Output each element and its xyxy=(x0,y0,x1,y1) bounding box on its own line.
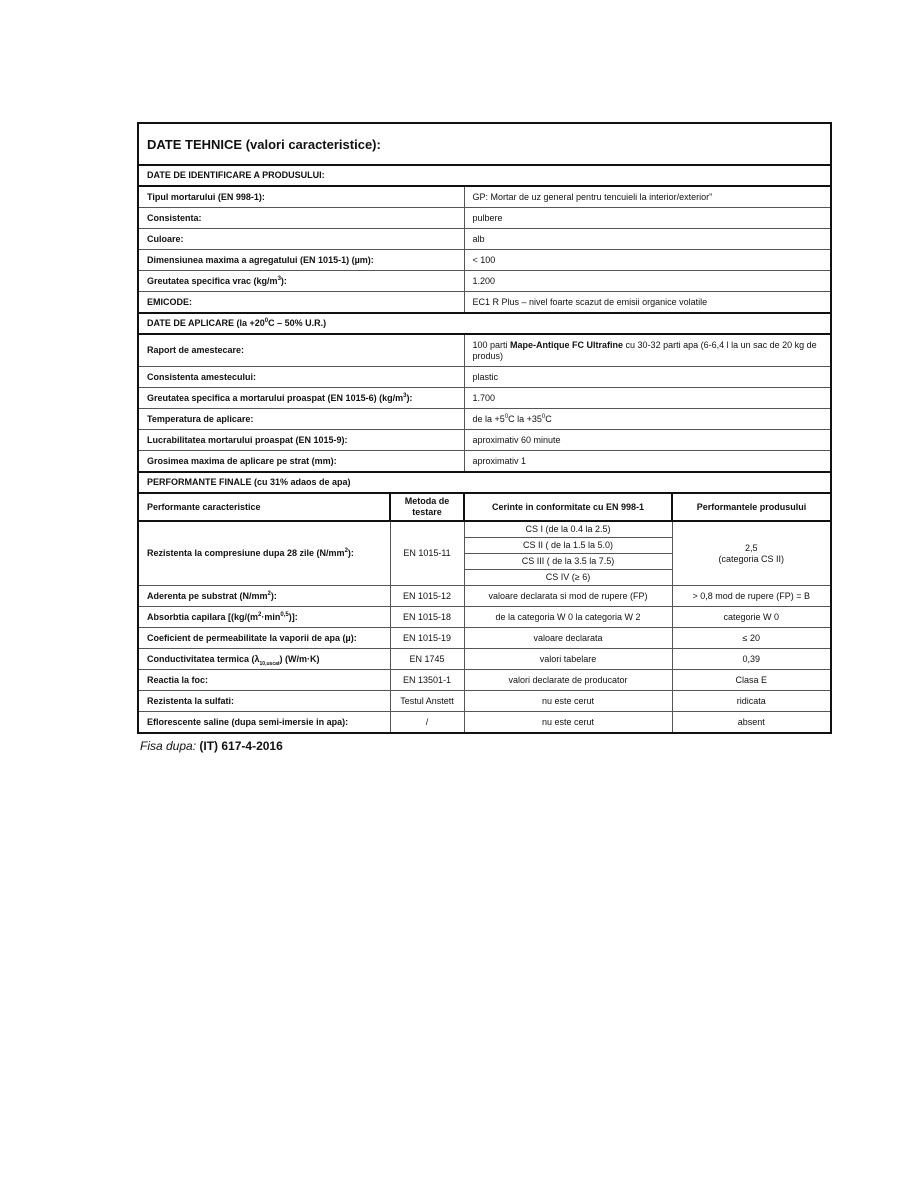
row-label: Grosimea maxima de aplicare pe strat (mm… xyxy=(138,451,464,473)
row-value: < 100 xyxy=(464,250,831,271)
row-method: EN 1015-12 xyxy=(390,586,464,607)
row-result: ridicata xyxy=(672,691,831,712)
row-label: Dimensiunea maxima a agregatului (EN 101… xyxy=(138,250,464,271)
table-row: Aderenta pe substrat (N/mm2): EN 1015-12… xyxy=(138,586,831,607)
section-header-identification: DATE DE IDENTIFICARE A PRODUSULUI: xyxy=(138,165,831,186)
footnote-prefix: Fisa dupa: xyxy=(140,739,196,753)
row-label: Rezistenta la sulfati: xyxy=(138,691,390,712)
row-label: Reactia la foc: xyxy=(138,670,390,691)
row-label: Absorbtia capilara [(kg/(m2·min0,5)]: xyxy=(138,607,390,628)
row-value: EC1 R Plus – nivel foarte scazut de emis… xyxy=(464,292,831,314)
table-row: Reactia la foc: EN 13501-1 valori declar… xyxy=(138,670,831,691)
row-result: categorie W 0 xyxy=(672,607,831,628)
row-method: EN 1015-18 xyxy=(390,607,464,628)
column-header: Performante caracteristice xyxy=(138,493,390,521)
table-row: Rezistenta la compresiune dupa 28 zile (… xyxy=(138,521,831,538)
performance-column-headers: Performante caracteristice Metoda de tes… xyxy=(138,493,831,521)
row-method: / xyxy=(390,712,464,734)
section-header-performance: PERFORMANTE FINALE (cu 31% adaos de apa) xyxy=(138,472,831,493)
row-requirement: valori tabelare xyxy=(464,649,672,670)
row-value: de la +50C la +350C xyxy=(464,409,831,430)
row-value: GP: Mortar de uz general pentru tencuiel… xyxy=(464,186,831,208)
source-footnote: Fisa dupa: (IT) 617-4-2016 xyxy=(140,739,283,753)
table-row: Greutatea specifica a mortarului proaspa… xyxy=(138,388,831,409)
table-row: Absorbtia capilara [(kg/(m2·min0,5)]: EN… xyxy=(138,607,831,628)
row-method: EN 1015-11 xyxy=(390,521,464,586)
row-label: Aderenta pe substrat (N/mm2): xyxy=(138,586,390,607)
table-row: Consistenta: pulbere xyxy=(138,208,831,229)
table-row: Greutatea specifica vrac (kg/m3): 1.200 xyxy=(138,271,831,292)
row-value: 100 parti Mape-Antique FC Ultrafine cu 3… xyxy=(464,334,831,367)
row-label: Raport de amestecare: xyxy=(138,334,464,367)
row-label: Rezistenta la compresiune dupa 28 zile (… xyxy=(138,521,390,586)
row-value: aproximativ 1 xyxy=(464,451,831,473)
row-value: alb xyxy=(464,229,831,250)
row-result: 2,5(categoria CS II) xyxy=(672,521,831,586)
row-value: pulbere xyxy=(464,208,831,229)
row-requirement: de la categoria W 0 la categoria W 2 xyxy=(464,607,672,628)
row-result: absent xyxy=(672,712,831,734)
footnote-code: (IT) 617-4-2016 xyxy=(199,739,282,753)
section-header-application: DATE DE APLICARE (la +200C – 50% U.R.) xyxy=(138,313,831,334)
table-row: Rezistenta la sulfati: Testul Anstett nu… xyxy=(138,691,831,712)
table-row: Consistenta amestecului: plastic xyxy=(138,367,831,388)
table-row: Grosimea maxima de aplicare pe strat (mm… xyxy=(138,451,831,473)
column-header: Performantele produsului xyxy=(672,493,831,521)
row-requirement: nu este cerut xyxy=(464,691,672,712)
table-row: Dimensiunea maxima a agregatului (EN 101… xyxy=(138,250,831,271)
row-value: 1.700 xyxy=(464,388,831,409)
row-label: Consistenta: xyxy=(138,208,464,229)
row-label: Temperatura de aplicare: xyxy=(138,409,464,430)
row-requirement: CS IV (≥ 6) xyxy=(464,570,672,586)
row-label: Eflorescente saline (dupa semi-imersie i… xyxy=(138,712,390,734)
table-row: Conductivitatea termica (λ10,uscat) (W/m… xyxy=(138,649,831,670)
row-method: EN 1015-19 xyxy=(390,628,464,649)
row-label: EMICODE: xyxy=(138,292,464,314)
row-label: Tipul mortarului (EN 998-1): xyxy=(138,186,464,208)
table-row: EMICODE: EC1 R Plus – nivel foarte scazu… xyxy=(138,292,831,314)
row-requirement: valoare declarata xyxy=(464,628,672,649)
row-result: ≤ 20 xyxy=(672,628,831,649)
row-label: Conductivitatea termica (λ10,uscat) (W/m… xyxy=(138,649,390,670)
row-method: EN 1745 xyxy=(390,649,464,670)
row-result: Clasa E xyxy=(672,670,831,691)
row-method: Testul Anstett xyxy=(390,691,464,712)
row-value: aproximativ 60 minute xyxy=(464,430,831,451)
table-title: DATE TEHNICE (valori caracteristice): xyxy=(138,123,831,165)
row-label: Greutatea specifica vrac (kg/m3): xyxy=(138,271,464,292)
row-requirement: valori declarate de producator xyxy=(464,670,672,691)
column-header: Metoda de testare xyxy=(390,493,464,521)
row-method: EN 13501-1 xyxy=(390,670,464,691)
row-value: 1.200 xyxy=(464,271,831,292)
technical-data-table: DATE TEHNICE (valori caracteristice): DA… xyxy=(137,122,832,734)
row-requirement: CS III ( de la 3.5 la 7.5) xyxy=(464,554,672,570)
table-row: Culoare: alb xyxy=(138,229,831,250)
row-value: plastic xyxy=(464,367,831,388)
technical-data-sheet: DATE TEHNICE (valori caracteristice): DA… xyxy=(137,122,830,734)
column-header: Cerinte in conformitate cu EN 998-1 xyxy=(464,493,672,521)
row-label: Greutatea specifica a mortarului proaspa… xyxy=(138,388,464,409)
row-label: Consistenta amestecului: xyxy=(138,367,464,388)
table-row: Eflorescente saline (dupa semi-imersie i… xyxy=(138,712,831,734)
row-label: Culoare: xyxy=(138,229,464,250)
row-requirement: CS II ( de la 1.5 la 5.0) xyxy=(464,538,672,554)
row-label: Coeficient de permeabilitate la vaporii … xyxy=(138,628,390,649)
row-requirement: valoare declarata si mod de rupere (FP) xyxy=(464,586,672,607)
row-result: > 0,8 mod de rupere (FP) = B xyxy=(672,586,831,607)
table-row: Lucrabilitatea mortarului proaspat (EN 1… xyxy=(138,430,831,451)
table-row: Temperatura de aplicare: de la +50C la +… xyxy=(138,409,831,430)
table-row: Coeficient de permeabilitate la vaporii … xyxy=(138,628,831,649)
table-row: Tipul mortarului (EN 998-1): GP: Mortar … xyxy=(138,186,831,208)
table-row: Raport de amestecare: 100 parti Mape-Ant… xyxy=(138,334,831,367)
row-requirement: CS I (de la 0.4 la 2.5) xyxy=(464,521,672,538)
row-requirement: nu este cerut xyxy=(464,712,672,734)
row-result: 0,39 xyxy=(672,649,831,670)
row-label: Lucrabilitatea mortarului proaspat (EN 1… xyxy=(138,430,464,451)
